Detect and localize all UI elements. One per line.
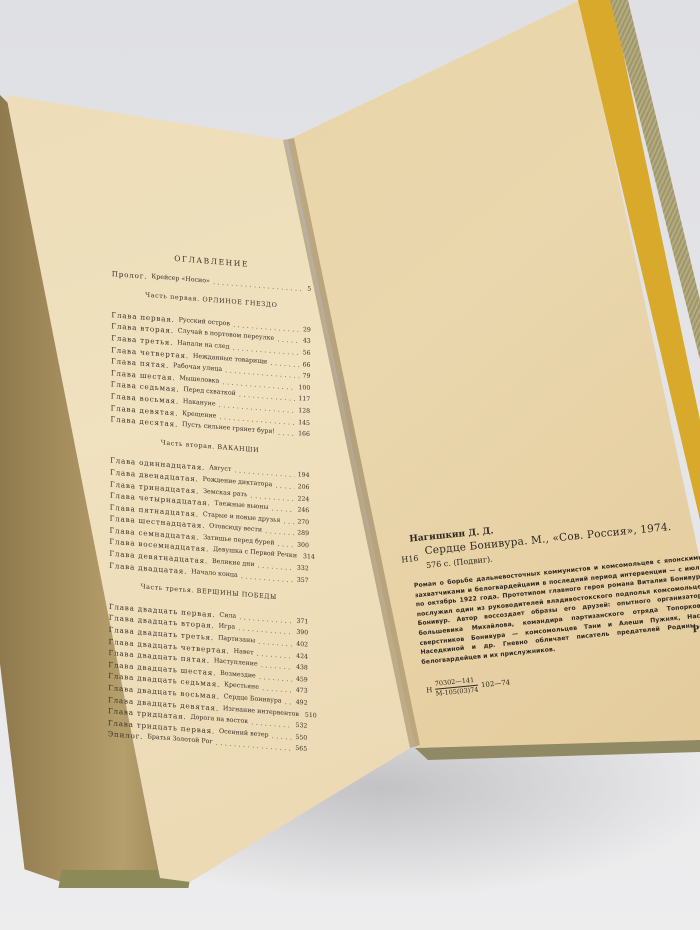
udk-code: Н16 bbox=[401, 554, 419, 565]
table-of-contents: ОГЛАВЛЕНИЕ Пролог. Крейсер «Носио» 5 Час… bbox=[108, 248, 312, 756]
classification-code: Р2 bbox=[692, 624, 700, 635]
book-annotation: Роман о борьбе дальневосточных коммунист… bbox=[414, 553, 700, 667]
photo-scene: ОГЛАВЛЕНИЕ Пролог. Крейсер «Носио» 5 Час… bbox=[0, 0, 700, 930]
catalog-card: Н16 Нагишкин Д. Д. Сердце Бонивура. М., … bbox=[405, 506, 700, 701]
